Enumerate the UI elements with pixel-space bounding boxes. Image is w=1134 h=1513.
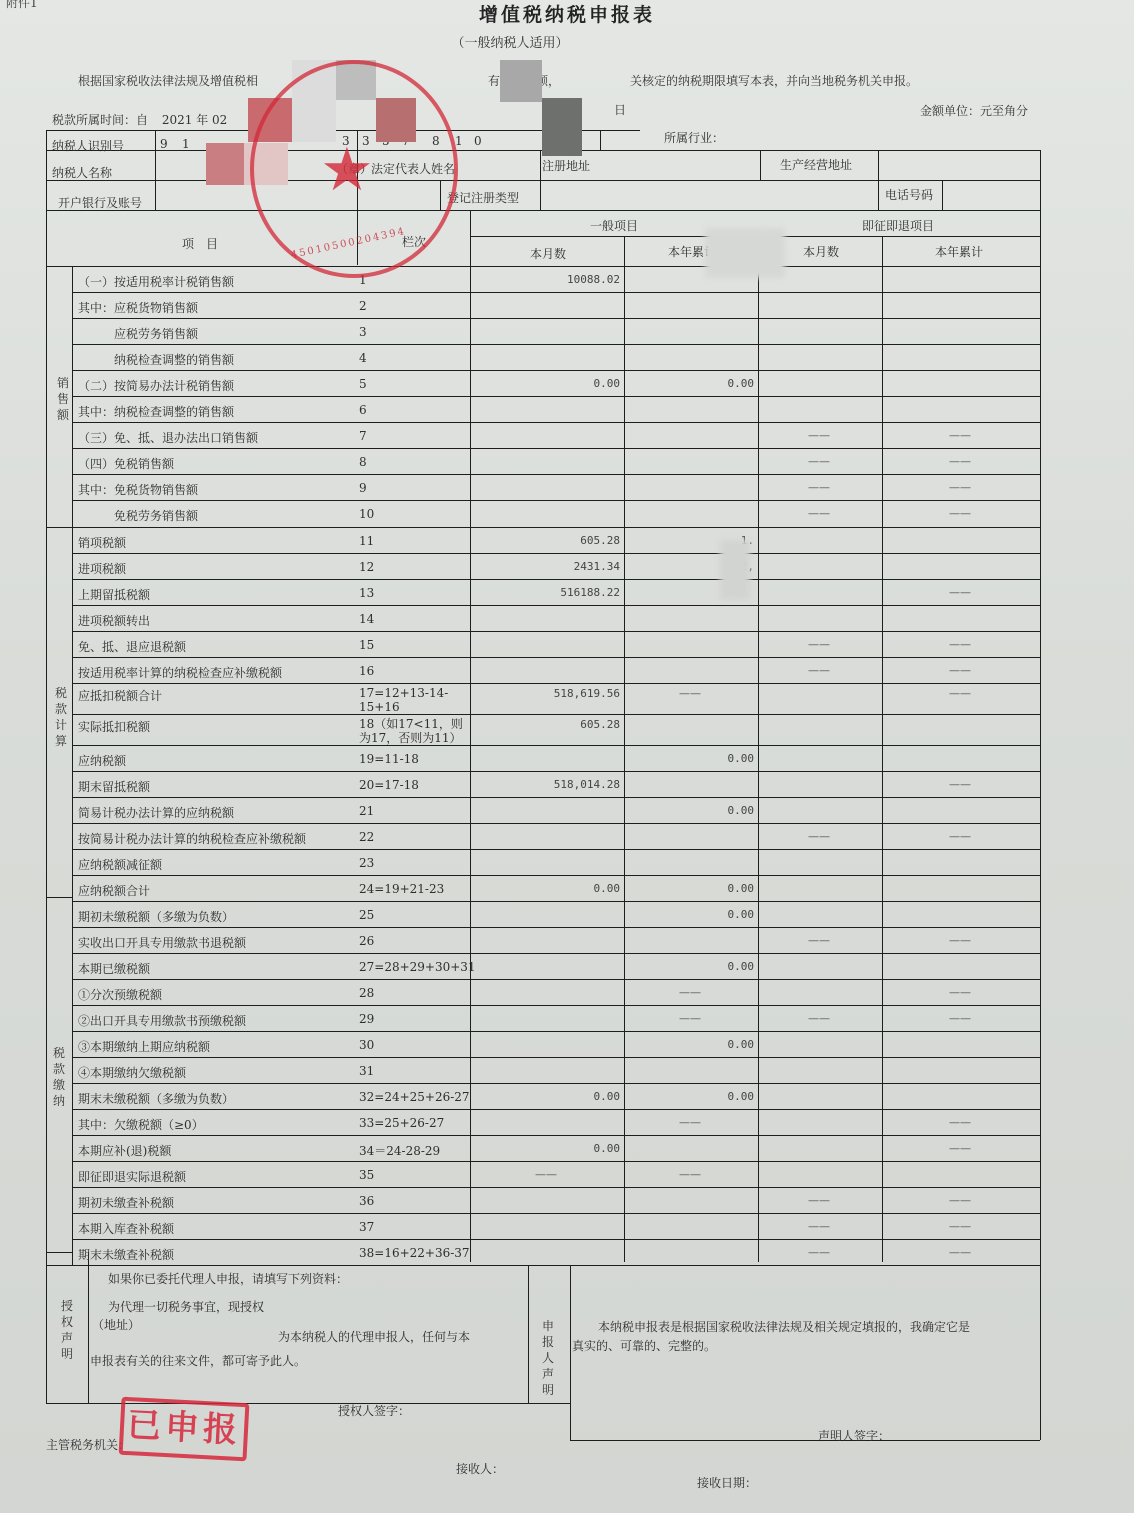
grid-line — [72, 745, 1040, 746]
taxpayer-id-digit: 0 — [474, 134, 482, 148]
grid-line — [72, 1187, 1040, 1188]
general-this-month-value: 605.28 — [472, 534, 620, 547]
row-item-label: ③本期缴纳上期应纳税额 — [78, 1038, 354, 1055]
row-line-number: 26 — [359, 934, 467, 948]
period-label: 税款所属时间：自 2021 年 02 — [52, 111, 227, 128]
preamble-right: 关核定的纳税期限填写本表，并向当地税务机关申报。 — [630, 74, 918, 88]
row-line-number: 34＝24-28-29 — [359, 1142, 467, 1159]
row-item-label: 期初未缴查补税额 — [78, 1194, 354, 1211]
row-item-label: 上期留抵税额 — [78, 586, 354, 603]
grid-line — [72, 1005, 1040, 1006]
grid-line — [72, 1109, 1040, 1110]
row-item-label: 纳税检查调整的销售额 — [78, 351, 354, 368]
grid-line — [46, 1252, 72, 1253]
redaction-block — [705, 228, 785, 278]
grid-line — [72, 553, 1040, 554]
general-this-month-value: —— — [472, 1168, 620, 1181]
grid-line — [72, 797, 1040, 798]
general-this-year-value: 0.00 — [626, 752, 754, 765]
immediate-this-year-value: —— — [884, 429, 1036, 442]
immediate-this-month-value: —— — [760, 455, 878, 468]
row-line-number: 4 — [359, 351, 467, 365]
immediate-this-month-value: —— — [760, 664, 878, 677]
row-line-number: 9 — [359, 481, 467, 495]
grid-line — [72, 266, 73, 1265]
row-item-label: 免税劳务销售额 — [78, 507, 354, 524]
grid-line — [72, 875, 1040, 876]
row-line-number: 12 — [359, 560, 467, 574]
row-item-label: 应纳税额 — [78, 752, 354, 769]
general-this-year-value: —— — [626, 687, 754, 700]
immediate-this-year-value: —— — [884, 1220, 1036, 1233]
row-item-label: 期初未缴税额（多缴为负数） — [78, 908, 354, 925]
row-line-number: 38=16+22+36-37 — [359, 1246, 467, 1260]
grid-line — [72, 901, 1040, 902]
row-item-label: 免、抵、退应退税额 — [78, 638, 354, 655]
general-this-month-value: 516188.22 — [472, 586, 620, 599]
industry-label: 所属行业： — [664, 129, 724, 146]
immediate-this-month-value: —— — [760, 1194, 878, 1207]
immediate-this-year-value: —— — [884, 455, 1036, 468]
grid-line — [72, 1213, 1040, 1214]
row-item-label: 按简易计税办法计算的纳税检查应补缴税额 — [78, 830, 354, 847]
grid-line — [72, 714, 1040, 715]
grid-line — [528, 1265, 529, 1403]
row-item-label: 期末未缴税额（多缴为负数） — [78, 1090, 354, 1107]
row-item-label: 其中：应税货物销售额 — [78, 299, 354, 316]
immediate-this-month-value: —— — [760, 830, 878, 843]
row-line-number: 6 — [359, 403, 467, 417]
grid-line — [72, 1057, 1040, 1058]
row-item-label: 即征即退实际退税额 — [78, 1168, 354, 1185]
grid-line — [72, 474, 1040, 475]
general-this-month-value: 0.00 — [472, 1090, 620, 1103]
row-line-number: 29 — [359, 1012, 467, 1026]
general-this-year-value: —— — [626, 1116, 754, 1129]
row-line-number: 23 — [359, 856, 467, 870]
immediate-this-year-value: —— — [884, 1194, 1036, 1207]
section-tax-calculation: 税款计算 — [54, 685, 68, 749]
row-line-number: 5 — [359, 377, 467, 391]
row-line-number: 11 — [359, 534, 467, 548]
currency-unit: 金额单位：元至角分 — [920, 102, 1028, 119]
tax-authority-label: 主管税务机关： — [46, 1436, 130, 1453]
grid-line — [540, 150, 541, 210]
section-sales: 销售额 — [56, 375, 70, 423]
row-item-label: 进项税额 — [78, 560, 354, 577]
declarant-signature-label: 声明人签字： — [818, 1427, 890, 1444]
general-this-year-value: 0.00 — [626, 377, 754, 390]
row-line-number: 37 — [359, 1220, 467, 1234]
row-line-number: 19=11-18 — [359, 752, 467, 766]
item-header: 项 目 — [182, 235, 218, 252]
reg-type-label: 登记注册类型 — [447, 189, 519, 206]
row-line-number: 15 — [359, 638, 467, 652]
grid-line — [72, 849, 1040, 850]
row-line-number: 14 — [359, 612, 467, 626]
row-line-number: 21 — [359, 804, 467, 818]
row-item-label: 实际抵扣税额 — [78, 718, 354, 735]
reg-address-label: 注册地址 — [542, 157, 590, 174]
row-line-number: 33=25+26-27 — [359, 1116, 467, 1130]
grid-line — [72, 605, 1040, 606]
general-this-month-header: 本月数 — [530, 245, 566, 262]
immediate-this-month-value: —— — [760, 638, 878, 651]
row-item-label: 其中：纳税检查调整的销售额 — [78, 403, 354, 420]
redaction-block — [206, 143, 244, 185]
row-item-label: 期末留抵税额 — [78, 778, 354, 795]
authorization-line-2: 为代理一切税务事宜，现授权 — [108, 1298, 264, 1315]
grid-line — [46, 1265, 1040, 1266]
row-item-label: 按适用税率计算的纳税检查应补缴税额 — [78, 664, 354, 681]
row-line-number: 20=17-18 — [359, 778, 467, 792]
immediate-this-year-value: —— — [884, 481, 1036, 494]
grid-line — [46, 210, 1040, 211]
grid-line — [470, 210, 471, 1262]
row-item-label: （一）按适用税率计税销售额 — [78, 273, 354, 290]
row-item-label: 应纳税额减征额 — [78, 856, 354, 873]
form-subtitle: （一般纳税人适用） — [0, 32, 1020, 51]
grid-line — [72, 422, 1040, 423]
taxpayer-id-digit: 1 — [182, 137, 190, 151]
grid-line — [72, 344, 1040, 345]
row-line-number: 36 — [359, 1194, 467, 1208]
grid-line — [72, 657, 1040, 658]
immediate-this-year-value: —— — [884, 1142, 1036, 1155]
receiver-label: 接收人： — [456, 1460, 504, 1477]
row-line-number: 28 — [359, 986, 467, 1000]
filed-stamp: 已申报 — [119, 1397, 250, 1462]
immediate-this-year-header: 本年累计 — [935, 243, 983, 260]
grid-line — [46, 130, 47, 1403]
row-line-number: 17=12+13-14-15+16 — [359, 686, 467, 714]
general-this-month-value: 605.28 — [472, 718, 620, 731]
general-this-month-value: 518,014.28 — [472, 778, 620, 791]
immediate-this-year-value: —— — [884, 1246, 1036, 1259]
grid-line — [72, 1135, 1040, 1136]
immediate-this-year-value: —— — [884, 778, 1036, 791]
immediate-this-month-value: —— — [760, 1012, 878, 1025]
immediate-this-year-value: —— — [884, 687, 1036, 700]
grid-line — [46, 180, 1040, 181]
general-this-year-value: 0.00 — [626, 908, 754, 921]
grid-line — [72, 823, 1040, 824]
row-line-number: 27=28+29+30+31 — [359, 960, 467, 974]
immediate-this-year-value: —— — [884, 1012, 1036, 1025]
grid-line — [570, 1265, 571, 1440]
row-line-number: 25 — [359, 908, 467, 922]
row-item-label: 实收出口开具专用缴款书退税额 — [78, 934, 354, 951]
authorization-line-3: （地址） — [92, 1316, 140, 1333]
general-items-header: 一般项目 — [590, 217, 638, 234]
taxpayer-id-digit: 1 — [455, 134, 463, 148]
bank-label: 开户银行及账号 — [58, 194, 142, 211]
grid-line — [72, 1161, 1040, 1162]
immediate-this-month-value: —— — [760, 1220, 878, 1233]
row-item-label: 简易计税办法计算的应纳税额 — [78, 804, 354, 821]
general-this-year-value: —— — [626, 986, 754, 999]
phone-label: 电话号码 — [885, 186, 933, 203]
row-item-label: 其中：免税货物销售额 — [78, 481, 354, 498]
row-line-number: 10 — [359, 507, 467, 521]
taxpayer-id-label: 纳税人识别号 — [52, 137, 124, 154]
grid-line — [760, 150, 761, 180]
authorization-line-5: 申报表有关的往来文件，都可寄予此人。 — [90, 1352, 306, 1369]
row-item-label: 本期已缴税额 — [78, 960, 354, 977]
row-item-label: 应纳税额合计 — [78, 882, 354, 899]
preamble-left: 根据国家税收法律法规及增值税相 — [78, 74, 258, 88]
general-this-month-value: 10088.02 — [472, 273, 620, 286]
grid-line — [600, 130, 601, 150]
row-item-label: （二）按简易办法计税销售额 — [78, 377, 354, 394]
declaration-line-1: 本纳税申报表是根据国家税收法律法规及相关规定填报的，我确定它是 — [598, 1318, 970, 1335]
immediate-this-year-value: —— — [884, 986, 1036, 999]
row-item-label: 本期应补(退)税额 — [78, 1142, 354, 1159]
grid-line — [72, 318, 1040, 319]
row-item-label: 应税劳务销售额 — [78, 325, 354, 342]
row-line-number: 7 — [359, 429, 467, 443]
row-line-number: 2 — [359, 299, 467, 313]
row-line-number: 24=19+21-23 — [359, 882, 467, 896]
immediate-this-year-value: —— — [884, 664, 1036, 677]
declaration-line-2: 真实的、可靠的、完整的。 — [572, 1337, 716, 1354]
row-line-number: 32=24+25+26-27 — [359, 1090, 467, 1104]
grid-line — [46, 897, 72, 898]
row-item-label: ①分次预缴税额 — [78, 986, 354, 1003]
row-item-label: 进项税额转出 — [78, 612, 354, 629]
declaration-label: 申报人声明 — [541, 1318, 555, 1398]
grid-line — [72, 396, 1040, 397]
general-this-year-value: 0.00 — [626, 882, 754, 895]
grid-line — [72, 370, 1040, 371]
row-line-number: 16 — [359, 664, 467, 678]
grid-line — [46, 266, 1040, 267]
general-this-month-value: 0.00 — [472, 377, 620, 390]
grid-line — [72, 500, 1040, 501]
row-item-label: 期末未缴查补税额 — [78, 1246, 354, 1263]
grid-line — [878, 150, 879, 210]
grid-line — [72, 448, 1040, 449]
row-item-label: （三）免、抵、退办法出口销售额 — [78, 429, 354, 446]
general-this-month-value: 2431.34 — [472, 560, 620, 573]
immediate-this-year-value: —— — [884, 830, 1036, 843]
grid-line — [72, 527, 1040, 528]
grid-line — [72, 683, 1040, 684]
row-item-label: 销项税额 — [78, 534, 354, 551]
immediate-this-month-value: —— — [760, 481, 878, 494]
row-line-number: 35 — [359, 1168, 467, 1182]
grid-line — [72, 292, 1040, 293]
grid-line — [72, 979, 1040, 980]
row-item-label: 本期入库查补税额 — [78, 1220, 354, 1237]
seal-star-icon: ★ — [320, 140, 374, 200]
row-item-label: ②出口开具专用缴款书预缴税额 — [78, 1012, 354, 1029]
grid-line — [1040, 150, 1041, 1440]
authorizer-signature-label: 授权人签字： — [338, 1402, 410, 1419]
preamble: 根据国家税收法律法规及增值税相有无销售额，关核定的纳税期限填写本表，并向当地税务… — [78, 72, 918, 89]
row-item-label: 其中：欠缴税额（≥0） — [78, 1116, 354, 1133]
immediate-this-year-value: —— — [884, 934, 1036, 947]
immediate-this-month-value: —— — [760, 934, 878, 947]
business-address-label: 生产经营地址 — [780, 156, 852, 173]
row-line-number: 22 — [359, 830, 467, 844]
grid-line — [155, 130, 156, 210]
immediate-this-month-header: 本月数 — [803, 243, 839, 260]
period-label-text: 税款所属时间：自 — [52, 113, 148, 127]
receive-date-label: 接收日期： — [697, 1474, 757, 1491]
general-this-year-value: —— — [626, 1168, 754, 1181]
general-this-year-value: 0.00 — [626, 960, 754, 973]
immediate-this-year-value: —— — [884, 507, 1036, 520]
authorization-line-1: 如果你已委托代理人申报，请填写下列资料： — [108, 1270, 348, 1287]
grid-line — [72, 953, 1040, 954]
redaction-block — [542, 98, 582, 156]
general-this-month-value: 0.00 — [472, 882, 620, 895]
redaction-block — [500, 60, 542, 102]
row-line-number: 3 — [359, 325, 467, 339]
section-tax-payment: 税款缴纳 — [52, 1045, 66, 1109]
row-line-number: 31 — [359, 1064, 467, 1078]
grid-line — [72, 1083, 1040, 1084]
row-item-label: （四）免税销售额 — [78, 455, 354, 472]
row-line-number: 18（如17<11，则为17，否则为11） — [359, 717, 467, 745]
general-this-month-value: 0.00 — [472, 1142, 620, 1155]
general-this-year-value: 0.00 — [626, 1090, 754, 1103]
general-this-month-value: 518,619.56 — [472, 687, 620, 700]
general-this-year-value: 0.00 — [626, 804, 754, 817]
authorization-label: 授权声明 — [60, 1298, 74, 1362]
row-line-number: 13 — [359, 586, 467, 600]
grid-line — [72, 579, 1040, 580]
authorization-line-4: 为本纳税人的代理申报人，任何与本 — [278, 1328, 470, 1345]
immediate-this-year-value: —— — [884, 586, 1036, 599]
general-this-year-value: —— — [626, 1012, 754, 1025]
row-item-label: 应抵扣税额合计 — [78, 687, 354, 704]
immediate-this-year-value: —— — [884, 638, 1036, 651]
immediate-this-month-value: —— — [760, 429, 878, 442]
grid-line — [942, 180, 943, 210]
immediate-this-month-value: —— — [760, 1246, 878, 1259]
grid-line — [72, 1239, 1040, 1240]
grid-line — [72, 927, 1040, 928]
grid-line — [46, 527, 72, 528]
form-title: 增值税纳税申报表 — [0, 0, 1134, 27]
immediate-this-month-value: —— — [760, 507, 878, 520]
immediate-this-year-value: —— — [884, 1116, 1036, 1129]
immediate-refund-header: 即征即退项目 — [862, 217, 934, 234]
general-this-year-value: 0.00 — [626, 1038, 754, 1051]
taxpayer-id-digit: 9 — [160, 137, 168, 151]
row-line-number: 30 — [359, 1038, 467, 1052]
grid-line — [72, 771, 1040, 772]
period-end-day: 日 — [614, 101, 626, 118]
grid-line — [72, 631, 1040, 632]
grid-line — [88, 1252, 89, 1403]
taxpayer-name-label: 纳税人名称 — [52, 164, 112, 181]
grid-line — [570, 1440, 1040, 1441]
redaction-block — [720, 540, 750, 600]
row-item-label: ④本期缴纳欠缴税额 — [78, 1064, 354, 1081]
row-line-number: 8 — [359, 455, 467, 469]
grid-line — [72, 1031, 1040, 1032]
period-start: 2021 年 02 — [162, 113, 227, 127]
